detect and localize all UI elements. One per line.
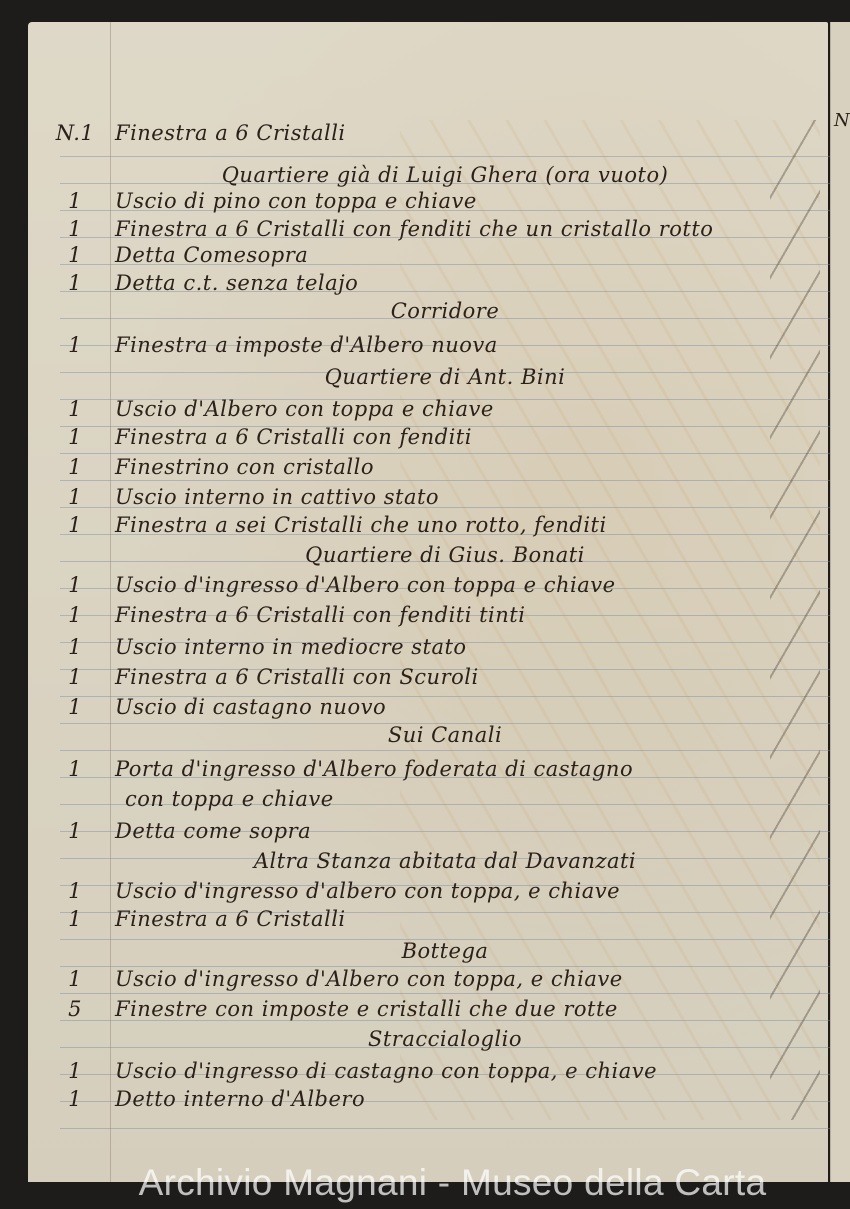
inventory-line: con toppa e chiave: [0, 784, 850, 814]
inventory-line: 1Uscio d'ingresso di castagno con toppa,…: [0, 1056, 850, 1086]
heading-text: Straccialoglio: [0, 1024, 850, 1054]
inventory-line: 1Detta c.t. senza telajo: [0, 268, 850, 298]
heading-text: Quartiere di Gius. Bonati: [0, 540, 850, 570]
quantity: 1: [50, 268, 100, 298]
section-heading: Altra Stanza abitata dal Davanzati: [0, 846, 850, 876]
inventory-line: 1Uscio di pino con toppa e chiave: [0, 186, 850, 216]
inventory-line: 1Uscio di castagno nuovo: [0, 692, 850, 722]
quantity: 1: [50, 964, 100, 994]
inventory-line: 1Porta d'ingresso d'Albero foderata di c…: [0, 754, 850, 784]
quantity: 1: [50, 662, 100, 692]
inventory-line: N.1Finestra a 6 Cristalli: [0, 118, 850, 148]
quantity: 1: [50, 330, 100, 360]
quantity: N.1: [50, 118, 100, 148]
quantity: 1: [50, 692, 100, 722]
heading-text: Bottega: [0, 936, 850, 966]
heading-text: Quartiere di Ant. Bini: [0, 362, 850, 392]
item-description: Uscio di pino con toppa e chiave: [115, 186, 477, 216]
inventory-line: 1Detta Comesopra: [0, 240, 850, 270]
inventory-line: 1Uscio interno in mediocre stato: [0, 632, 850, 662]
section-heading: Quartiere di Ant. Bini: [0, 362, 850, 392]
item-description: Finestra a 6 Cristalli con fenditi tinti: [115, 600, 525, 630]
item-description: Finestre con imposte e cristalli che due…: [115, 994, 618, 1024]
item-description: Detta come sopra: [115, 816, 311, 846]
quantity: 1: [50, 754, 100, 784]
inventory-entries: N.1Finestra a 6 CristalliQuartiere già d…: [0, 0, 850, 1209]
item-description: Finestrino con cristallo: [115, 452, 374, 482]
quantity: 1: [50, 570, 100, 600]
quantity: 1: [50, 904, 100, 934]
item-description: Uscio d'Albero con toppa e chiave: [115, 394, 494, 424]
item-description: Uscio d'ingresso d'Albero con toppa, e c…: [115, 964, 623, 994]
item-description: Uscio d'ingresso d'Albero con toppa e ch…: [115, 570, 616, 600]
quantity: 1: [50, 240, 100, 270]
section-heading: Quartiere di Gius. Bonati: [0, 540, 850, 570]
quantity: 1: [50, 186, 100, 216]
heading-text: Sui Canali: [0, 720, 850, 750]
quantity: 1: [50, 876, 100, 906]
heading-text: Corridore: [0, 296, 850, 326]
heading-text: Altra Stanza abitata dal Davanzati: [0, 846, 850, 876]
item-description: Detta c.t. senza telajo: [115, 268, 358, 298]
inventory-line: 1Detto interno d'Albero: [0, 1084, 850, 1114]
item-description: Uscio interno in cattivo stato: [115, 482, 439, 512]
inventory-line: 1Uscio d'Albero con toppa e chiave: [0, 394, 850, 424]
item-description: Uscio di castagno nuovo: [115, 692, 386, 722]
quantity: 1: [50, 600, 100, 630]
item-description: con toppa e chiave: [125, 784, 334, 814]
item-description: Finestra a 6 Cristalli con fenditi: [115, 422, 472, 452]
inventory-line: 1Finestra a 6 Cristalli con fenditi tint…: [0, 600, 850, 630]
inventory-line: 1Finestra a 6 Cristalli con Scuroli: [0, 662, 850, 692]
inventory-line: 1Detta come sopra: [0, 816, 850, 846]
section-heading: Corridore: [0, 296, 850, 326]
quantity: 1: [50, 632, 100, 662]
inventory-line: 1Uscio d'ingresso d'Albero con toppa, e …: [0, 964, 850, 994]
section-heading: Bottega: [0, 936, 850, 966]
watermark: Archivio Magnani - Museo della Carta: [0, 1162, 850, 1204]
item-description: Finestra a 6 Cristalli: [115, 118, 346, 148]
quantity: 1: [50, 1056, 100, 1086]
item-description: Porta d'ingresso d'Albero foderata di ca…: [115, 754, 633, 784]
item-description: Uscio interno in mediocre stato: [115, 632, 467, 662]
quantity: 1: [50, 452, 100, 482]
quantity: 1: [50, 482, 100, 512]
section-heading: Sui Canali: [0, 720, 850, 750]
item-description: Finestra a sei Cristalli che uno rotto, …: [115, 510, 607, 540]
quantity: 1: [50, 816, 100, 846]
quantity: 5: [50, 994, 100, 1024]
item-description: Detto interno d'Albero: [115, 1084, 365, 1114]
inventory-line: 1Finestrino con cristallo: [0, 452, 850, 482]
quantity: 1: [50, 1084, 100, 1114]
item-description: Detta Comesopra: [115, 240, 308, 270]
quantity: 1: [50, 394, 100, 424]
item-description: Uscio d'ingresso di castagno con toppa, …: [115, 1056, 657, 1086]
item-description: Finestra a 6 Cristalli: [115, 904, 346, 934]
inventory-line: 5Finestre con imposte e cristalli che du…: [0, 994, 850, 1024]
quantity: 1: [50, 510, 100, 540]
inventory-line: 1Uscio d'ingresso d'albero con toppa, e …: [0, 876, 850, 906]
inventory-line: 1Finestra a sei Cristalli che uno rotto,…: [0, 510, 850, 540]
item-description: Finestra a imposte d'Albero nuova: [115, 330, 498, 360]
inventory-line: 1Finestra a 6 Cristalli: [0, 904, 850, 934]
inventory-line: 1Finestra a 6 Cristalli con fenditi: [0, 422, 850, 452]
quantity: 1: [50, 422, 100, 452]
item-description: Finestra a 6 Cristalli con Scuroli: [115, 662, 479, 692]
inventory-line: 1Uscio interno in cattivo stato: [0, 482, 850, 512]
section-heading: Straccialoglio: [0, 1024, 850, 1054]
item-description: Uscio d'ingresso d'albero con toppa, e c…: [115, 876, 620, 906]
inventory-line: 1Finestra a imposte d'Albero nuova: [0, 330, 850, 360]
inventory-line: 1Uscio d'ingresso d'Albero con toppa e c…: [0, 570, 850, 600]
